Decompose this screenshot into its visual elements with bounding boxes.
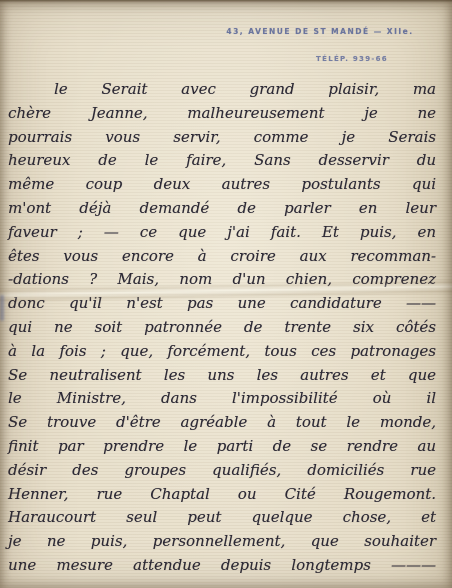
handwritten-line: Haraucourt seul peut quelque chose, et: [8, 506, 436, 530]
handwritten-line: heureux de le faire, Sans desservir du: [8, 149, 436, 173]
letterhead-address: 43, AVENUE DE ST MANDÉ — XIIe.: [206, 27, 434, 36]
margin-ink-smudge: [0, 295, 4, 321]
handwritten-line: à la fois ; que, forcément, tous ces pat…: [8, 340, 436, 364]
handwritten-line: Se trouve d'être agréable à tout le mond…: [8, 411, 436, 435]
handwritten-line: désir des groupes qualifiés, domiciliés …: [8, 459, 436, 483]
handwritten-line: donc qu'il n'est pas une candidature ——: [8, 292, 436, 316]
handwritten-line: Henner, rue Chaptal ou Cité Rougemont.: [8, 483, 436, 507]
handwritten-line: une mesure attendue depuis longtemps ———: [8, 554, 436, 578]
letter-photograph: 43, AVENUE DE ST MANDÉ — XIIe. TÉLÉP. 93…: [0, 0, 452, 588]
handwritten-line: qui ne soit patronnée de trente six côté…: [8, 316, 436, 340]
handwritten-line: pourrais vous servir, comme je Serais: [8, 126, 436, 150]
letter-body: le Serait avec grand plaisir, machère Je…: [8, 78, 436, 578]
handwritten-line: m'ont déjà demandé de parler en leur: [8, 197, 436, 221]
handwritten-line: même coup deux autres postulants qui: [8, 173, 436, 197]
handwritten-line: êtes vous encore à croire aux recomman-: [8, 245, 436, 269]
handwritten-line: Se neutralisent les uns les autres et qu…: [8, 364, 436, 388]
handwritten-line: le Serait avec grand plaisir, ma: [8, 78, 436, 102]
handwritten-line: chère Jeanne, malheureusement je ne: [8, 102, 436, 126]
letterhead-phone: TÉLÉP. 939-66: [282, 55, 422, 63]
handwritten-line: -dations ? Mais, nom d'un chien, compren…: [8, 268, 436, 292]
handwritten-line: finit par prendre le parti de se rendre …: [8, 435, 436, 459]
photo-top-edge: [0, 0, 452, 3]
handwritten-line: le Ministre, dans l'impossibilité où il: [8, 387, 436, 411]
handwritten-line: faveur ; — ce que j'ai fait. Et puis, en: [8, 221, 436, 245]
handwritten-line: je ne puis, personnellement, que souhait…: [8, 530, 436, 554]
